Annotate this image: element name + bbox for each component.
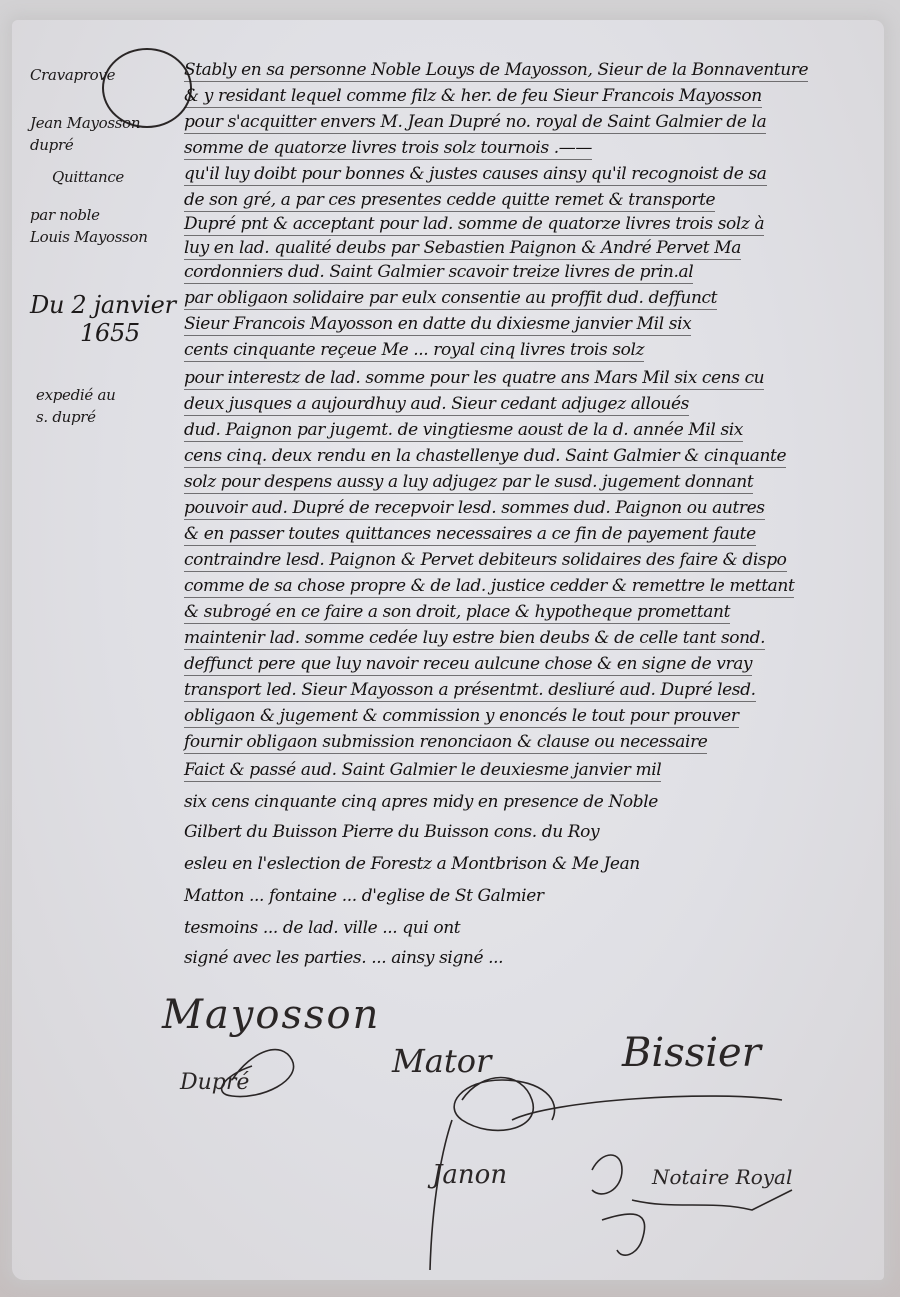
signature-flourish-icon [12,20,884,1280]
manuscript-page: Cravaprove Jean Mayosson dupré Quittance… [12,20,884,1280]
